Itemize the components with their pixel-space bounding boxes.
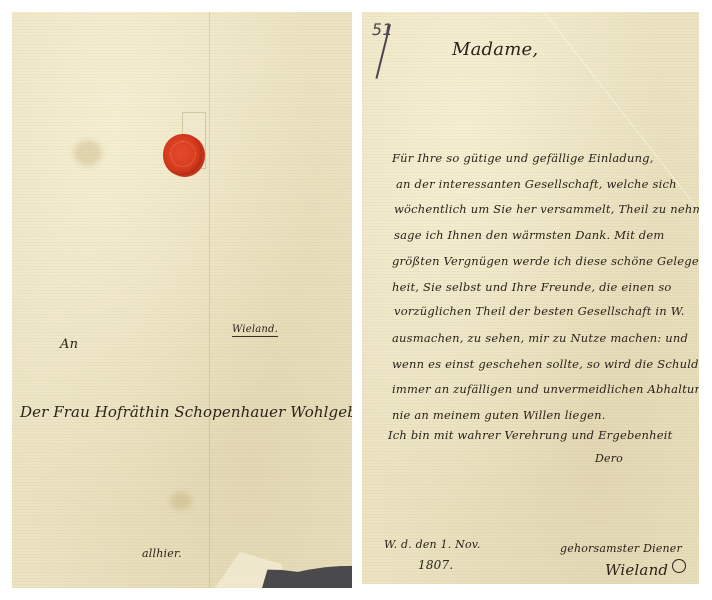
body-line: ausmachen, zu sehen, mir zu Nutze machen… bbox=[392, 331, 688, 345]
body-line: immer an zufälligen und unvermeidlichen … bbox=[392, 382, 699, 396]
closing-line: Ich bin mit wahrer Verehrung und Ergeben… bbox=[388, 428, 672, 442]
body-line: wöchentlich um Sie her versammelt, Theil… bbox=[394, 202, 699, 216]
address-prefix: An bbox=[60, 337, 78, 352]
archive-number: 51 bbox=[370, 20, 394, 39]
body-line: heit, Sie selbst und Ihre Freunde, die e… bbox=[392, 280, 672, 294]
letter-sheet-address-side: An Wieland. Der Frau Hofräthin Schopenha… bbox=[12, 12, 352, 588]
place-line: allhier. bbox=[142, 547, 182, 560]
body-line: wenn es einst geschehen sollte, so wird … bbox=[392, 357, 699, 371]
date-year: 1807. bbox=[418, 558, 453, 572]
letter-sheet-text-side: 51 Madame, Für Ihre so gütige und gefäll… bbox=[362, 12, 699, 584]
body-line: nie an meinem guten Willen liegen. bbox=[392, 408, 606, 422]
valediction: gehorsamster Diener bbox=[560, 542, 682, 555]
signature: Wieland bbox=[605, 561, 668, 579]
sender-note: Wieland. bbox=[232, 324, 278, 337]
paper-stain bbox=[74, 140, 102, 166]
paper-stain bbox=[170, 492, 192, 510]
paper-fold-line bbox=[209, 12, 210, 588]
body-line: sage ich Ihnen den wärmsten Dank. Mit de… bbox=[394, 228, 664, 242]
letter-greeting: Madame, bbox=[452, 39, 538, 60]
body-line: Für Ihre so gütige und gefällige Einladu… bbox=[392, 151, 654, 165]
body-line: vorzüglichen Theil der besten Gesellscha… bbox=[394, 304, 685, 318]
signature-flourish bbox=[672, 559, 686, 573]
body-line: an der interessanten Gesellschaft, welch… bbox=[396, 177, 677, 191]
body-line: größten Vergnügen werde ich diese schöne… bbox=[392, 254, 699, 268]
wax-seal-icon bbox=[163, 134, 203, 176]
addressee-line: Der Frau Hofräthin Schopenhauer Wohlgeb. bbox=[20, 403, 352, 421]
date-place-line: W. d. den 1. Nov. bbox=[384, 538, 481, 551]
closing-word: Dero bbox=[595, 452, 623, 465]
